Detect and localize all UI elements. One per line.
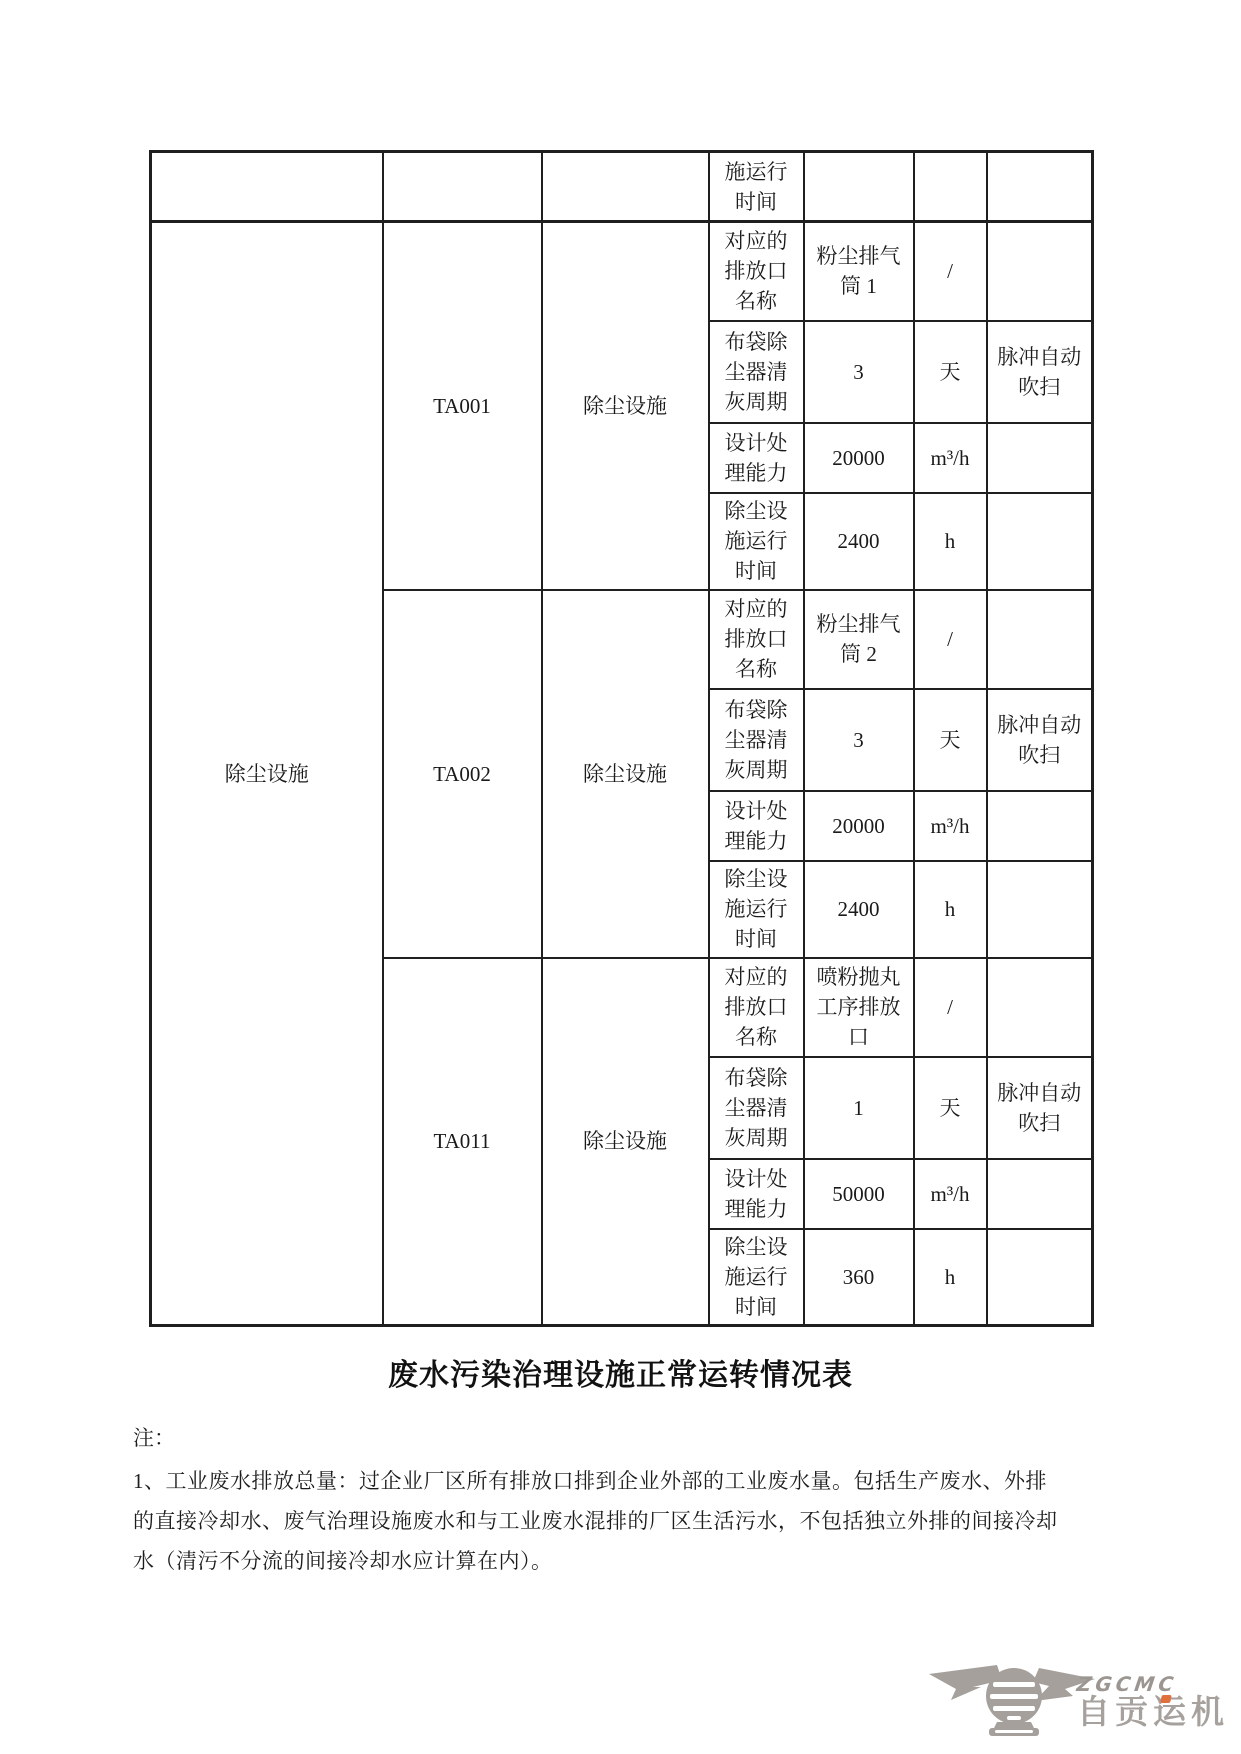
notes-paragraph: 1、工业废水排放总量：过企业厂区所有排放口排到企业外部的工业废水量。包括生产废水… — [133, 1461, 1108, 1581]
facility-code-cell: TA011 — [383, 958, 542, 1326]
param-remark-cell — [987, 1229, 1093, 1326]
param-remark-cell: 脉冲自动 吹扫 — [987, 1057, 1093, 1159]
logo-cn-text: 自贡运机 — [1077, 1694, 1229, 1730]
param-value-cell: 3 — [804, 321, 914, 423]
param-label-cell: 布袋除 尘器清 灰周期 — [709, 689, 804, 791]
param-remark-cell — [987, 222, 1093, 321]
param-unit-cell: 天 — [914, 689, 987, 791]
empty-cell — [383, 152, 542, 222]
param-label-cell: 对应的 排放口 名称 — [709, 222, 804, 321]
param-value-cell: 2400 — [804, 861, 914, 958]
facility-type-cell: 除尘设施 — [542, 590, 709, 958]
param-unit-cell: / — [914, 222, 987, 321]
param-unit-cell: h — [914, 493, 987, 590]
param-label-cell: 设计处 理能力 — [709, 791, 804, 861]
param-value-cell: 1 — [804, 1057, 914, 1159]
section-title: 废水污染治理设施正常运转情况表 — [0, 1356, 1241, 1396]
param-label-cell: 除尘设 施运行 时间 — [709, 861, 804, 958]
note-line: 1、工业废水排放总量：过企业厂区所有排放口排到企业外部的工业废水量。包括生产废水… — [133, 1461, 1108, 1501]
param-remark-cell — [987, 861, 1093, 958]
param-remark-cell — [987, 590, 1093, 689]
param-label-cell: 布袋除 尘器清 灰周期 — [709, 1057, 804, 1159]
param-label-cell: 设计处 理能力 — [709, 423, 804, 493]
facility-type-cell: 除尘设施 — [542, 958, 709, 1326]
param-unit-cell: / — [914, 590, 987, 689]
param-unit-cell: h — [914, 861, 987, 958]
param-label-cell: 除尘设 施运行 时间 — [709, 1229, 804, 1326]
param-value-cell: 粉尘排气 筒 1 — [804, 222, 914, 321]
table-row: 除尘设施 TA001 除尘设施 对应的 排放口 名称 粉尘排气 筒 1 / — [151, 222, 1093, 321]
pollution-facility-table: 施运行 时间 除尘设施 TA001 除尘设施 对应的 排放口 名称 粉尘排气 筒… — [149, 150, 1094, 1327]
facility-code-cell: TA001 — [383, 222, 542, 590]
note-line: 的直接冷却水、废气治理设施废水和与工业废水混排的厂区生活污水，不包括独立外排的间… — [133, 1501, 1108, 1541]
winged-machine-emblem-icon — [927, 1660, 1095, 1736]
param-unit-cell: m³/h — [914, 1159, 987, 1229]
param-value-cell: 粉尘排气 筒 2 — [804, 590, 914, 689]
param-value-cell: 20000 — [804, 791, 914, 861]
notes-label: 注： — [133, 1424, 175, 1453]
param-remark-cell — [987, 791, 1093, 861]
empty-cell — [542, 152, 709, 222]
param-label-cell: 对应的 排放口 名称 — [709, 590, 804, 689]
param-unit-cell: m³/h — [914, 423, 987, 493]
param-unit-cell: 天 — [914, 321, 987, 423]
empty-cell — [987, 152, 1093, 222]
param-remark-cell: 脉冲自动 吹扫 — [987, 321, 1093, 423]
company-logo: ZGCMC 自贡运机 — [927, 1660, 1233, 1736]
param-unit-cell: h — [914, 1229, 987, 1326]
logo-en-text: ZGCMC — [1076, 1674, 1179, 1694]
empty-cell — [914, 152, 987, 222]
category-cell: 除尘设施 — [151, 222, 383, 1326]
param-value-cell: 喷粉抛丸 工序排放 口 — [804, 958, 914, 1057]
param-label-cell: 除尘设 施运行 时间 — [709, 493, 804, 590]
note-line: 水（清污不分流的间接冷却水应计算在内）。 — [133, 1541, 1108, 1581]
param-value-cell: 20000 — [804, 423, 914, 493]
param-remark-cell — [987, 493, 1093, 590]
param-unit-cell: / — [914, 958, 987, 1057]
logo-cn-chars: 自贡运机 — [1077, 1692, 1229, 1731]
logo-orange-accent — [1160, 1695, 1172, 1703]
param-value-cell: 50000 — [804, 1159, 914, 1229]
pollution-facility-table-wrapper: 施运行 时间 除尘设施 TA001 除尘设施 对应的 排放口 名称 粉尘排气 筒… — [149, 150, 1094, 1327]
facility-code-cell: TA002 — [383, 590, 542, 958]
param-unit-cell: m³/h — [914, 791, 987, 861]
param-value-cell: 3 — [804, 689, 914, 791]
empty-cell — [804, 152, 914, 222]
facility-type-cell: 除尘设施 — [542, 222, 709, 590]
param-value-cell: 2400 — [804, 493, 914, 590]
logo-text-block: ZGCMC 自贡运机 — [1077, 1660, 1229, 1730]
param-unit-cell: 天 — [914, 1057, 987, 1159]
param-remark-cell — [987, 423, 1093, 493]
empty-cell — [151, 152, 383, 222]
param-label-cell: 设计处 理能力 — [709, 1159, 804, 1229]
document-page: 施运行 时间 除尘设施 TA001 除尘设施 对应的 排放口 名称 粉尘排气 筒… — [0, 0, 1241, 1754]
param-label-cell: 布袋除 尘器清 灰周期 — [709, 321, 804, 423]
param-label-cell: 对应的 排放口 名称 — [709, 958, 804, 1057]
param-remark-cell — [987, 1159, 1093, 1229]
param-remark-cell: 脉冲自动 吹扫 — [987, 689, 1093, 791]
table-row: 施运行 时间 — [151, 152, 1093, 222]
param-remark-cell — [987, 958, 1093, 1057]
param-value-cell: 360 — [804, 1229, 914, 1326]
continuation-label-cell: 施运行 时间 — [709, 152, 804, 222]
